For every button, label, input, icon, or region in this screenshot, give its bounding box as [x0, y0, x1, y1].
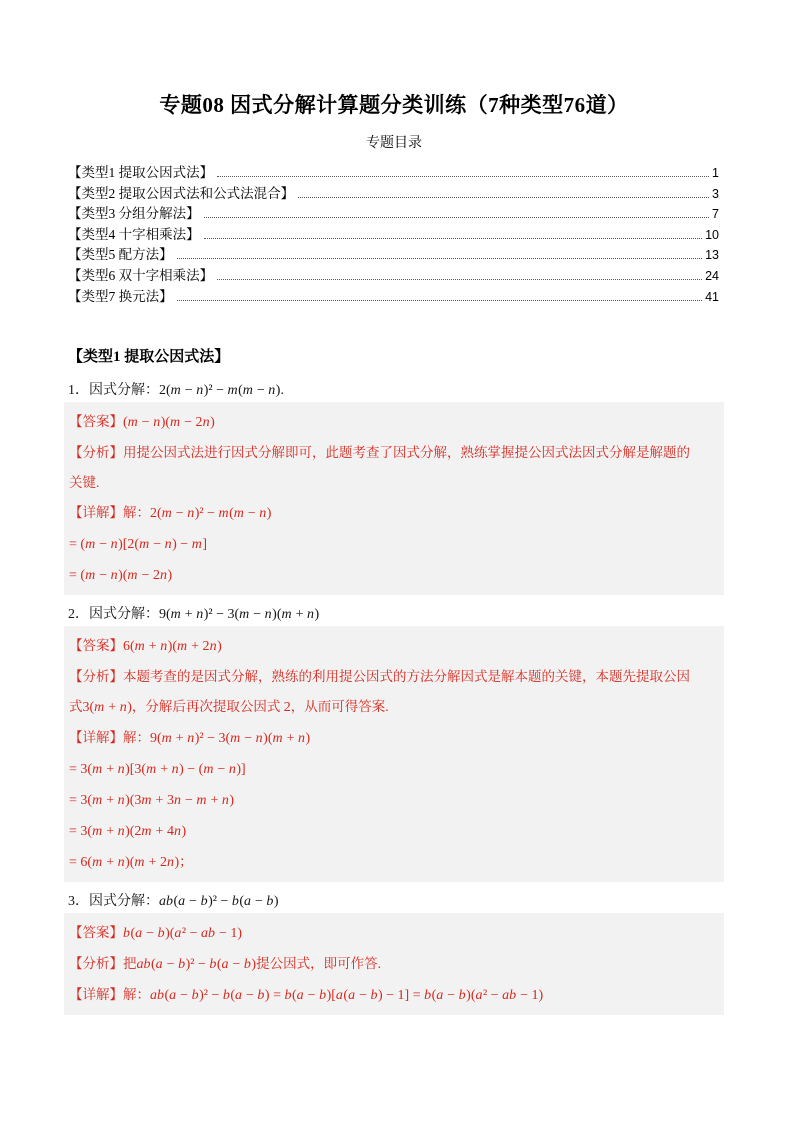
toc-entry-label: 【类型3 分组分解法】 — [68, 204, 203, 225]
toc-entry[interactable]: 【类型6 双十字相乘法】 24 — [64, 266, 724, 287]
toc-page-number: 24 — [705, 266, 724, 287]
toc-page-number: 10 — [705, 225, 724, 246]
solution-line: 式3(m + n)，分解后再次提取公因式 2，从而可得答案. — [69, 692, 716, 723]
problem-block: 1．因式分解：2(m − n)² − m(m − n). 【答案】(m − n)… — [64, 379, 724, 595]
solution-box: 【答案】6(m + n)(m + 2n)【分析】本题考查的是因式分解，熟练的利用… — [64, 626, 724, 882]
solution-line: = 3(m + n)(3m + 3n − m + n) — [69, 785, 716, 816]
toc-page-number: 3 — [712, 184, 724, 205]
toc-page-number: 1 — [712, 163, 724, 184]
text-segment: ； — [179, 854, 193, 869]
solution-box: 【答案】(m − n)(m − 2n)【分析】用提公因式法进行因式分解即可，此题… — [64, 402, 724, 595]
text-segment: 关键. — [69, 475, 99, 490]
text-segment: 提公因式，即可作答. — [256, 956, 381, 971]
text-segment: 解： — [123, 987, 150, 1002]
solution-line: = (m − n)[2(m − n) − m] — [69, 529, 716, 560]
solution-line: 【分析】把ab(a − b)² − b(a − b)提公因式，即可作答. — [69, 949, 716, 980]
toc-dot-leader — [177, 258, 702, 259]
text-segment: 1．因式分解： — [68, 383, 159, 398]
math-segment: = 6(m + n)(m + 2n) — [69, 855, 179, 870]
math-segment: = 3(m + n)(3m + 3n − m + n) — [69, 793, 234, 808]
solution-line: 【详解】解：9(m + n)² − 3(m − n)(m + n) — [69, 723, 716, 754]
solution-line: 【详解】解：2(m − n)² − m(m − n) — [69, 498, 716, 529]
toc-entry[interactable]: 【类型3 分组分解法】 7 — [64, 204, 724, 225]
text-segment: 3．因式分解： — [68, 894, 159, 909]
toc-entry[interactable]: 【类型1 提取公因式法】 1 — [64, 163, 724, 184]
label-segment: 【分析】 — [69, 445, 123, 460]
toc-page-number: 13 — [705, 245, 724, 266]
math-segment: = (m − n)[2(m − n) − m] — [69, 537, 207, 552]
text-segment: 解： — [123, 505, 150, 520]
solution-line: 【答案】b(a − b)(a² − ab − 1) — [69, 918, 716, 949]
solution-line: = 6(m + n)(m + 2n)； — [69, 847, 716, 878]
table-of-contents: 【类型1 提取公因式法】 1 【类型2 提取公因式法和公式法混合】 3 【类型3… — [64, 163, 724, 307]
math-segment: 3(m + n) — [83, 700, 132, 715]
math-segment: = 3(m + n)(2m + 4n) — [69, 824, 186, 839]
solution-box: 【答案】b(a − b)(a² − ab − 1)【分析】把ab(a − b)²… — [64, 913, 724, 1015]
label-segment: 【分析】 — [69, 669, 123, 684]
label-segment: 【分析】 — [69, 956, 123, 971]
page-title: 专题08 因式分解计算题分类训练（7种类型76道） — [64, 92, 724, 118]
toc-entry-label: 【类型1 提取公因式法】 — [68, 163, 216, 184]
text-segment: 把 — [123, 956, 137, 971]
math-segment: ab(a − b)² − b(a − b) — [159, 894, 279, 909]
label-segment: 【详解】 — [69, 987, 123, 1002]
text-segment: 式 — [69, 699, 83, 714]
solution-line: 【答案】6(m + n)(m + 2n) — [69, 631, 716, 662]
math-segment: 2 — [284, 700, 291, 715]
math-segment: 9(m + n)² − 3(m − n)(m + n) — [159, 607, 319, 622]
math-segment: 2(m − n)² − m(m − n) — [150, 506, 271, 521]
math-segment: ab(a − b)² − b(a − b) = b(a − b)[a(a − b… — [150, 988, 543, 1003]
problem-statement: 3．因式分解：ab(a − b)² − b(a − b) — [64, 890, 724, 913]
text-segment: 用提公因式法进行因式分解即可，此题考查了因式分解，熟练掌握提公因式法因式分解是解… — [123, 445, 690, 460]
math-segment: = 3(m + n)[3(m + n) − (m − n)] — [69, 762, 246, 777]
document-page: 专题08 因式分解计算题分类训练（7种类型76道） 专题目录 【类型1 提取公因… — [0, 0, 793, 1122]
toc-dot-leader — [204, 217, 709, 218]
math-segment: ab(a − b)² − b(a − b) — [137, 957, 257, 972]
toc-dot-leader — [217, 176, 709, 177]
toc-entry[interactable]: 【类型2 提取公因式法和公式法混合】 3 — [64, 184, 724, 205]
problem-statement: 1．因式分解：2(m − n)² − m(m − n). — [64, 379, 724, 402]
toc-dot-leader — [298, 197, 709, 198]
toc-entry-label: 【类型2 提取公因式法和公式法混合】 — [68, 184, 297, 205]
toc-dot-leader — [217, 279, 702, 280]
math-segment: (m − n)(m − 2n) — [123, 415, 215, 430]
label-segment: 【答案】 — [69, 638, 123, 653]
math-segment: 6(m + n)(m + 2n) — [123, 639, 222, 654]
text-segment: ，从而可得答案. — [291, 699, 389, 714]
toc-entry-label: 【类型4 十字相乘法】 — [68, 225, 203, 246]
solution-line: 【分析】本题考查的是因式分解，熟练的利用提公因式的方法分解因式是解本题的关键，本… — [69, 662, 716, 692]
toc-title: 专题目录 — [64, 135, 724, 153]
text-segment: ，分解后再次提取公因式 — [132, 699, 284, 714]
solution-line: 关键. — [69, 468, 716, 498]
math-segment: 9(m + n)² − 3(m − n)(m + n) — [150, 731, 310, 746]
solution-line: = (m − n)(m − 2n) — [69, 560, 716, 591]
solution-line: = 3(m + n)[3(m + n) − (m − n)] — [69, 754, 716, 785]
solution-line: 【分析】用提公因式法进行因式分解即可，此题考查了因式分解，熟练掌握提公因式法因式… — [69, 438, 716, 468]
toc-page-number: 41 — [705, 287, 724, 308]
section-heading: 【类型1 提取公因式法】 — [64, 348, 724, 367]
solution-line: = 3(m + n)(2m + 4n) — [69, 816, 716, 847]
problem-statement: 2．因式分解：9(m + n)² − 3(m − n)(m + n) — [64, 603, 724, 626]
toc-entry[interactable]: 【类型5 配方法】 13 — [64, 245, 724, 266]
math-segment: = (m − n)(m − 2n) — [69, 568, 172, 583]
problem-block: 3．因式分解：ab(a − b)² − b(a − b) 【答案】b(a − b… — [64, 890, 724, 1015]
toc-dot-leader — [177, 300, 702, 301]
label-segment: 【答案】 — [69, 414, 123, 429]
problems-container: 1．因式分解：2(m − n)² − m(m − n). 【答案】(m − n)… — [64, 379, 724, 1015]
problem-block: 2．因式分解：9(m + n)² − 3(m − n)(m + n) 【答案】6… — [64, 603, 724, 882]
toc-entry[interactable]: 【类型7 换元法】 41 — [64, 287, 724, 308]
toc-entry[interactable]: 【类型4 十字相乘法】 10 — [64, 225, 724, 246]
solution-line: 【详解】解：ab(a − b)² − b(a − b) = b(a − b)[a… — [69, 980, 716, 1011]
toc-entry-label: 【类型7 换元法】 — [68, 287, 176, 308]
text-segment: 解： — [123, 730, 150, 745]
label-segment: 【详解】 — [69, 505, 123, 520]
text-segment: 2．因式分解： — [68, 607, 159, 622]
math-segment: 2(m − n)² − m(m − n). — [159, 383, 284, 398]
math-segment: b(a − b)(a² − ab − 1) — [123, 926, 242, 941]
text-segment: 本题考查的是因式分解，熟练的利用提公因式的方法分解因式是解本题的关键，本题先提取… — [123, 669, 690, 684]
label-segment: 【详解】 — [69, 730, 123, 745]
toc-page-number: 7 — [712, 204, 724, 225]
label-segment: 【答案】 — [69, 925, 123, 940]
toc-entry-label: 【类型5 配方法】 — [68, 245, 176, 266]
toc-dot-leader — [204, 238, 702, 239]
toc-entry-label: 【类型6 双十字相乘法】 — [68, 266, 216, 287]
solution-line: 【答案】(m − n)(m − 2n) — [69, 407, 716, 438]
